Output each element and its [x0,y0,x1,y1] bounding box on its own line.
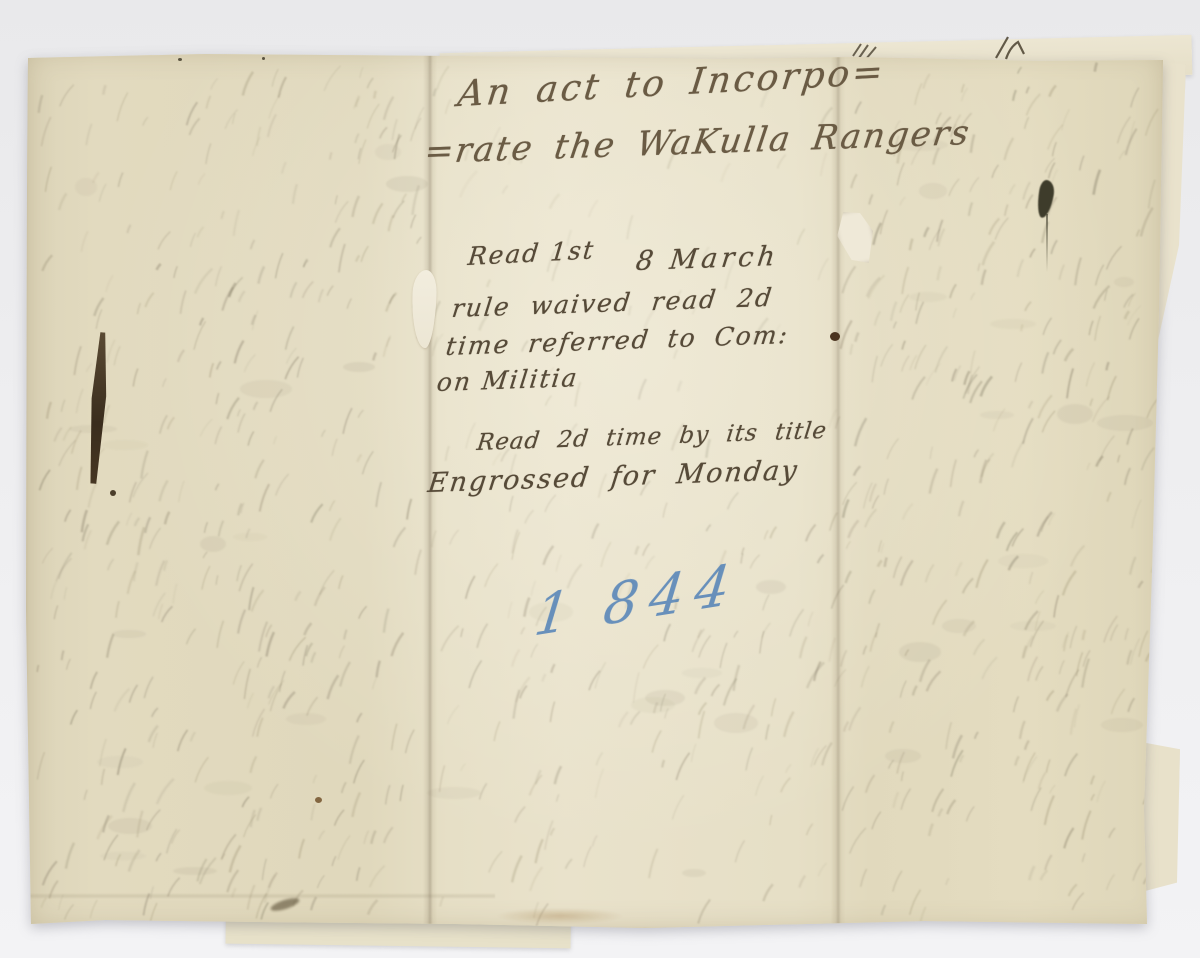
speck-top-2 [262,57,265,60]
docket-date: 8 March [634,241,781,277]
speck-top-1 [178,58,182,61]
ink-dot-small [110,490,116,496]
docket-line-militia: on Militia [435,363,580,397]
ink-spot-right-crease [830,332,840,341]
ink-drip-line [1046,214,1048,272]
bottom-edge-stain [495,908,625,924]
fold-crease-right [831,50,845,930]
brown-spot [315,797,322,803]
manuscript-page: An act to Incorpo= =rate the WaKulla Ran… [25,50,1165,930]
fold-crease-bottom [25,893,495,899]
manuscript-page-wrapper: An act to Incorpo= =rate the WaKulla Ran… [25,50,1165,930]
photograph-backdrop: An act to Incorpo= =rate the WaKulla Ran… [0,0,1200,958]
